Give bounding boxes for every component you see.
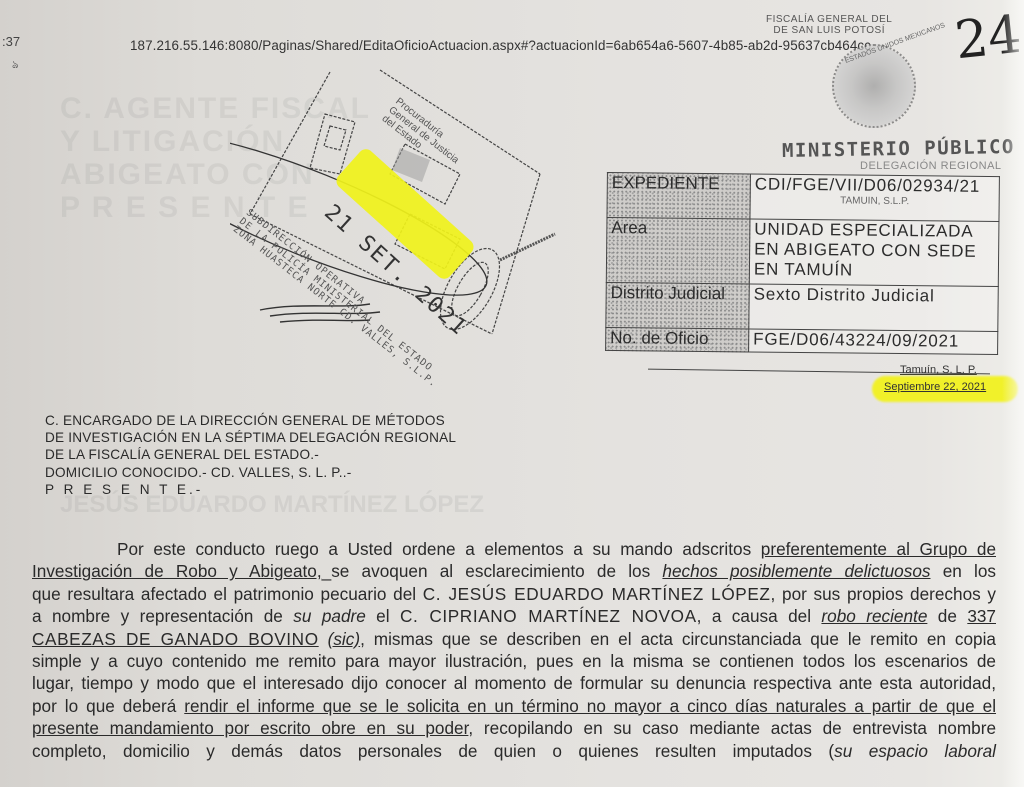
printed-url: 187.216.55.146:8080/Paginas/Shared/Edita… bbox=[130, 38, 871, 53]
body-line: Por este conducto ruego a Usted ordene a… bbox=[32, 538, 996, 560]
oficio-value: FGE/D06/43224/09/2021 bbox=[749, 329, 998, 355]
area-label: Area bbox=[606, 217, 750, 283]
expediente-table: EXPEDIENTE CDI/FGE/VII/D06/02934/21 TAMU… bbox=[605, 172, 1000, 355]
text: , mismas que se describen en el acta cir… bbox=[360, 629, 996, 649]
text: en los bbox=[931, 561, 997, 581]
margin-note: :37 bbox=[2, 34, 20, 49]
underlined-text: rendir el informe que se le solicita en … bbox=[184, 696, 996, 716]
underlined-italic-text: robo reciente bbox=[821, 606, 927, 626]
addressee-block: C. ENCARGADO DE LA DIRECCIÓN GENERAL DE … bbox=[45, 412, 456, 498]
body-line: que resultara afectado el patrimonio pec… bbox=[32, 583, 996, 605]
text: completo, domicilio y demás datos person… bbox=[32, 741, 834, 761]
expediente-number: CDI/FGE/VII/D06/02934/21 bbox=[755, 174, 980, 195]
date: Septiembre 22, 2021 bbox=[884, 381, 986, 393]
body-line: a nombre y representación de su padre el… bbox=[32, 605, 996, 627]
body-line: CABEZAS DE GANADO BOVINO (sic), mismas q… bbox=[32, 628, 996, 650]
body-line: Investigación de Robo y Abigeato,_se avo… bbox=[32, 560, 996, 582]
italic-text: su padre bbox=[293, 606, 366, 626]
text: por lo que deberá bbox=[32, 696, 184, 716]
institution-line-1: FISCALÍA GENERAL DEL bbox=[766, 14, 892, 25]
body-line: lugar, tiempo y modo que el interesado d… bbox=[32, 672, 996, 694]
addressee-line: DOMICILIO CONOCIDO.- CD. VALLES, S. L. P… bbox=[45, 464, 456, 481]
addressee-line: C. ENCARGADO DE LA DIRECCIÓN GENERAL DE … bbox=[45, 412, 456, 429]
addressee-line: DE LA FISCALÍA GENERAL DEL ESTADO.- bbox=[45, 446, 456, 463]
underlined-text: preferentemente al Grupo de bbox=[761, 539, 996, 559]
text: Por este conducto ruego a Usted ordene a… bbox=[117, 539, 761, 559]
coat-of-arms-seal-icon bbox=[832, 44, 916, 128]
text: de bbox=[927, 606, 967, 626]
table-row: Area UNIDAD ESPECIALIZADA EN ABIGEATO CO… bbox=[606, 217, 999, 286]
body-paragraph: Por este conducto ruego a Usted ordene a… bbox=[32, 538, 996, 762]
distrito-value: Sexto Distrito Judicial bbox=[749, 284, 998, 332]
person-name: C. CIPRIANO MARTÍNEZ NOVOA bbox=[400, 606, 697, 626]
text: a nombre y representación de bbox=[32, 606, 293, 626]
body-line: presente mandamiento por escrito obre en… bbox=[32, 717, 996, 739]
distrito-label: Distrito Judicial bbox=[606, 282, 749, 328]
underlined-text: presente mandamiento por escrito obre en… bbox=[32, 718, 468, 738]
underlined-italic-text: (sic) bbox=[328, 629, 360, 649]
text: _se avoquen al esclarecimiento de los bbox=[322, 561, 663, 581]
body-line: por lo que deberá rendir el informe que … bbox=[32, 695, 996, 717]
addressee-line: P R E S E N T E.- bbox=[45, 481, 456, 498]
underlined-text: CABEZAS DE GANADO BOVINO bbox=[32, 629, 319, 649]
text: que resultara afectado el patrimonio pec… bbox=[32, 584, 423, 604]
oficio-label: No. de Oficio bbox=[606, 327, 749, 351]
text: , por sus propios derechos y bbox=[771, 584, 996, 604]
margin-mark: ঌ bbox=[12, 56, 19, 75]
body-line: completo, domicilio y demás datos person… bbox=[32, 740, 996, 762]
text: , recopilando en su caso mediante actas … bbox=[468, 718, 996, 738]
table-row: No. de Oficio FGE/D06/43224/09/2021 bbox=[606, 327, 998, 354]
expediente-value: CDI/FGE/VII/D06/02934/21 TAMUIN, S.L.P. bbox=[750, 174, 999, 222]
table-row: EXPEDIENTE CDI/FGE/VII/D06/02934/21 TAMU… bbox=[607, 172, 999, 221]
area-value: UNIDAD ESPECIALIZADA EN ABIGEATO CON SED… bbox=[749, 219, 999, 287]
person-name: C. JESÚS EDUARDO MARTÍNEZ LÓPEZ bbox=[423, 584, 771, 604]
body-line: simple y a cuyo contenido me remito para… bbox=[32, 650, 996, 672]
underlined-text: 337 bbox=[967, 606, 996, 626]
tamuin-stamp-note: TAMUIN, S.L.P. bbox=[755, 194, 995, 208]
italic-text: su espacio laboral bbox=[834, 741, 996, 761]
expediente-label: EXPEDIENTE bbox=[607, 172, 750, 218]
institution-line-2: DE SAN LUIS POTOSÍ bbox=[766, 25, 892, 36]
addressee-line: DE INVESTIGACIÓN EN LA SÉPTIMA DELEGACIÓ… bbox=[45, 429, 456, 446]
institution-header: FISCALÍA GENERAL DEL DE SAN LUIS POTOSÍ bbox=[766, 14, 892, 36]
delegacion-stamp: DELEGACIÓN REGIONAL bbox=[860, 160, 1002, 172]
place: Tamuín, S. L. P. bbox=[900, 364, 977, 376]
underlined-text: Investigación de Robo y Abigeato, bbox=[32, 561, 322, 581]
text: el bbox=[366, 606, 400, 626]
text: , a causa del bbox=[697, 606, 822, 626]
ministerio-publico-stamp: MINISTERIO PÚBLICO bbox=[782, 136, 1015, 162]
table-row: Distrito Judicial Sexto Distrito Judicia… bbox=[606, 282, 998, 331]
underlined-italic-text: hechos posiblemente delictuosos bbox=[662, 561, 930, 581]
paper-edge bbox=[1002, 0, 1024, 787]
